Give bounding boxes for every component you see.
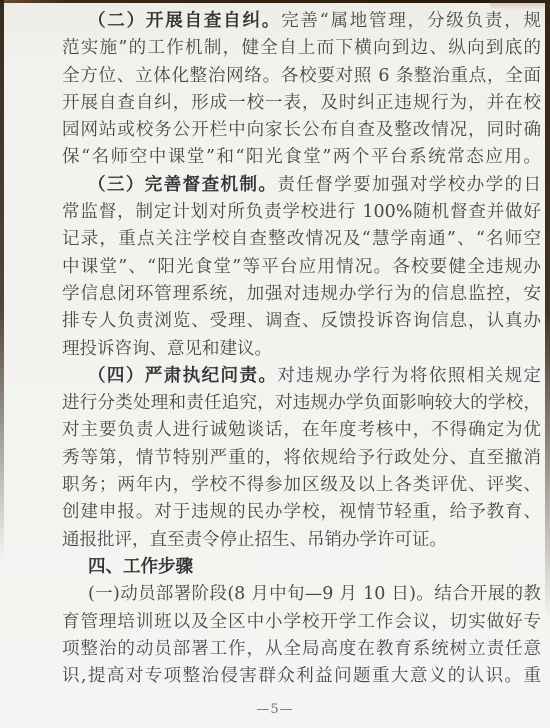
line-text: 项整治的动员部署工作，从全局高度在教育系统树立责任意 [62,639,541,659]
paragraph-lead: （三）完善督查机制。 [88,175,277,195]
line-text: 学信息闭环管理系统，加强对违规办学行为的信息监控，安 [62,284,541,304]
page-number: —5— [0,702,550,717]
text-line: 理投诉咨询、意见和建议。 [62,336,541,363]
line-text: 秀等第，情节特别严重的，将依规给予行政处分、直至撤消 [62,448,541,468]
line-text: 中课堂”、“阳光食堂”等平台应用情况。各校要健全违规办 [62,257,541,277]
text-line: 创建申报。对于违规的民办学校，视情节轻重，给予教育、 [62,499,541,526]
text-line: 秀等第，情节特别严重的，将依规给予行政处分、直至撤消 [62,445,541,472]
text-line: 园网站或校务公开栏中向家长公布自查及整改情况，同时确 [62,117,541,144]
text-line: 开展自查自纠，形成一校一表，及时纠正违规行为，并在校 [62,90,541,117]
line-text: 全方位、立体化整治网络。各校要对照 6 条整治重点，全面 [62,66,541,86]
scan-edge-top [0,0,550,3]
line-text: 通报批评，直至责令停止招生、吊销办学许可证。 [62,530,447,550]
line-text: 常监督，制定计划对所负责学校进行 100%随机督查并做好 [62,202,541,222]
text-line: (一)动员部署阶段(8 月中旬—9 月 10 日)。结合开展的教 [62,581,541,608]
text-line: 全方位、立体化整治网络。各校要对照 6 条整治重点，全面 [62,63,541,90]
line-text: 职务；两年内，学校不得参加区级及以上各类评优、评奖、 [62,475,541,495]
line-text: 保“名师空中课堂”和“阳光食堂”两个平台系统常态应用。 [62,147,541,167]
text-line: 通报批评，直至责令停止招生、吊销办学许可证。 [62,527,541,554]
line-text: 记录，重点关注学校自查整改情况及“慧学南通”、“名师空 [62,229,541,249]
line-text: (一)动员部署阶段(8 月中旬—9 月 10 日)。结合开展的教 [88,584,541,604]
text-line: 进行分类处理和责任追究，对违规办学负面影响较大的学校， [62,390,541,417]
line-text: 创建申报。对于违规的民办学校，视情节轻重，给予教育、 [62,502,541,522]
text-line: 学信息闭环管理系统，加强对违规办学行为的信息监控，安 [62,281,541,308]
text-line: 保“名师空中课堂”和“阳光食堂”两个平台系统常态应用。 [62,144,541,171]
scanned-document-page: （二）开展自查自纠。完善“属地管理，分级负责，规 范实施”的工作机制，健全自上而… [0,0,550,728]
scan-edge-left [0,0,4,560]
paragraph-lead: （二）开展自查自纠。 [88,11,281,31]
scan-edge-right [545,0,550,620]
text-line: （三）完善督查机制。责任督学要加强对学校办学的日 [62,172,541,199]
line-text: 识,提高对专项整治侵害群众利益问题重大意义的认识。重 [62,666,541,686]
section-heading: 四、工作步骤 [62,554,541,581]
line-text: 完善“属地管理，分级负责，规 [281,11,541,31]
text-line: （二）开展自查自纠。完善“属地管理，分级负责，规 [62,8,541,35]
line-text: 对主要负责人进行诚勉谈话，在年度考核中，不得确定为优 [62,420,541,440]
line-text: 园网站或校务公开栏中向家长公布自查及整改情况，同时确 [62,120,541,140]
line-text: 进行分类处理和责任追究，对违规办学负面影响较大的学校， [62,393,541,413]
line-text: 理投诉咨询、意见和建议。 [62,339,272,359]
document-body: （二）开展自查自纠。完善“属地管理，分级负责，规 范实施”的工作机制，健全自上而… [62,8,541,690]
line-text: 对违规办学行为将依照相关规定 [277,366,541,386]
text-line: 记录，重点关注学校自查整改情况及“慧学南通”、“名师空 [62,226,541,253]
line-text: 开展自查自纠，形成一校一表，及时纠正违规行为，并在校 [62,93,541,113]
line-text: 排专人负责浏览、受理、调查、反馈投诉咨询信息，认真办 [62,311,541,331]
text-line: 对主要负责人进行诚勉谈话，在年度考核中，不得确定为优 [62,417,541,444]
line-text: 育管理培训班以及全区中小学校开学工作会议，切实做好专 [62,612,541,632]
line-text: 责任督学要加强对学校办学的日 [277,175,541,195]
section-heading-text: 四、工作步骤 [88,557,193,577]
text-line: 范实施”的工作机制，健全自上而下横向到边、纵向到底的 [62,35,541,62]
text-line: 常监督，制定计划对所负责学校进行 100%随机督查并做好 [62,199,541,226]
text-line: 职务；两年内，学校不得参加区级及以上各类评优、评奖、 [62,472,541,499]
paragraph-lead: （四）严肃执纪问责。 [88,366,277,386]
text-line: 排专人负责浏览、受理、调查、反馈投诉咨询信息，认真办 [62,308,541,335]
text-line: （四）严肃执纪问责。对违规办学行为将依照相关规定 [62,363,541,390]
text-line: 育管理培训班以及全区中小学校开学工作会议，切实做好专 [62,609,541,636]
text-line: 中课堂”、“阳光食堂”等平台应用情况。各校要健全违规办 [62,254,541,281]
text-line: 项整治的动员部署工作，从全局高度在教育系统树立责任意 [62,636,541,663]
line-text: 范实施”的工作机制，健全自上而下横向到边、纵向到底的 [62,38,541,58]
text-line: 识,提高对专项整治侵害群众利益问题重大意义的认识。重 [62,663,541,690]
